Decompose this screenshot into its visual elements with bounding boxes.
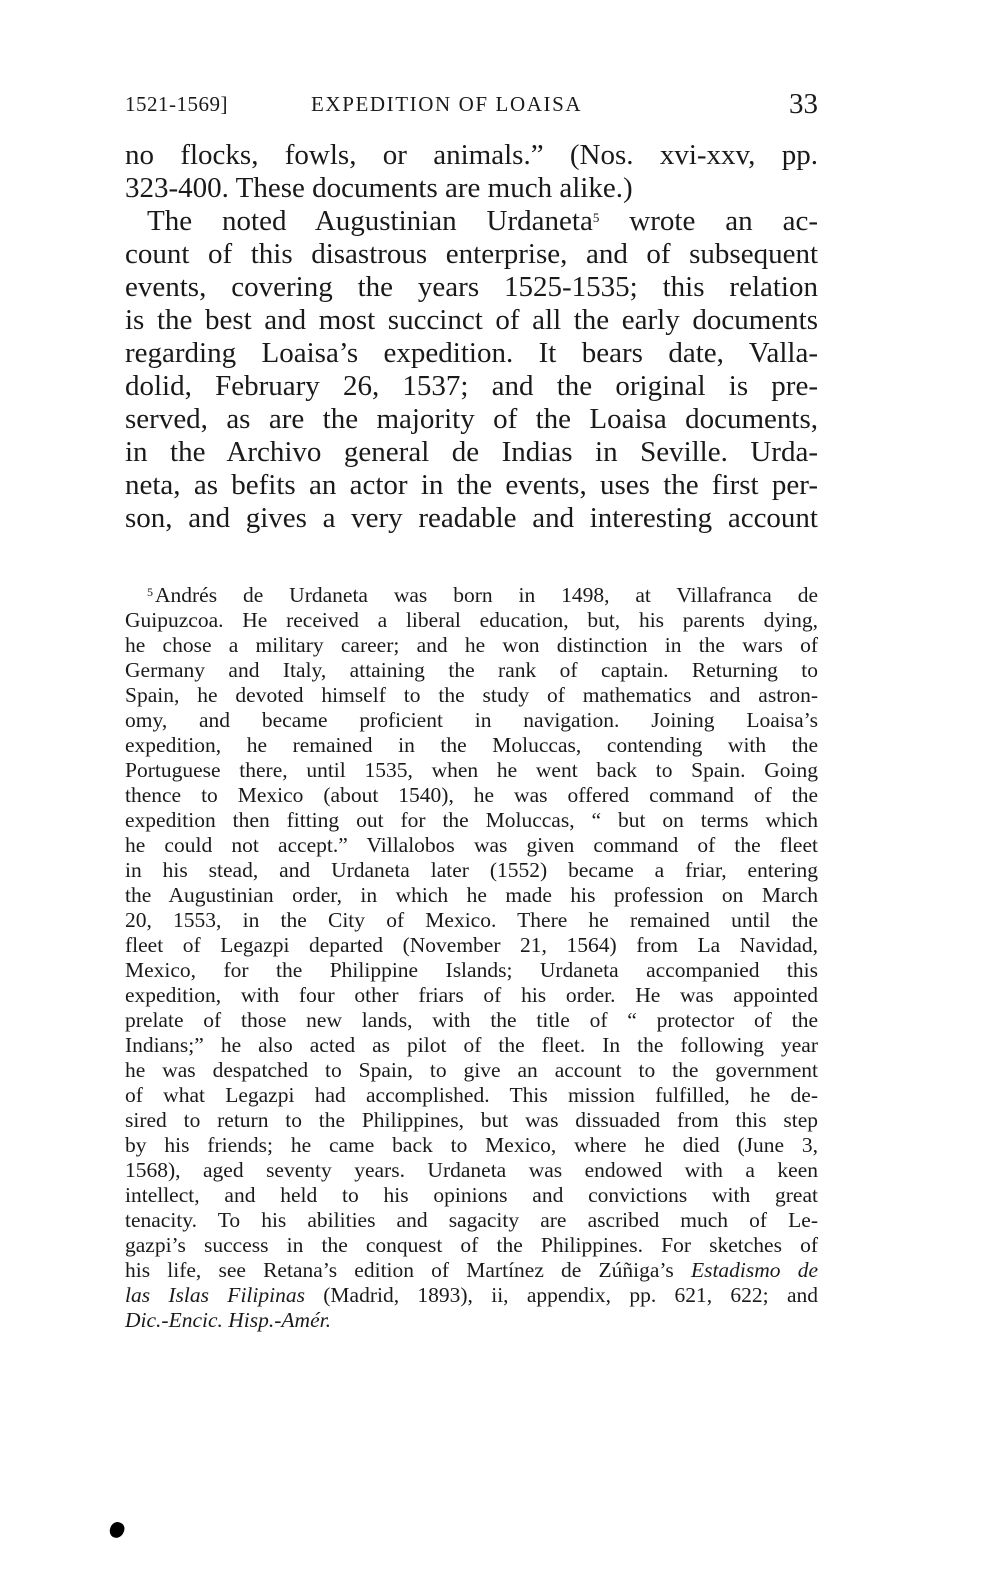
footnote-line: in his stead, and Urdaneta later (1552) … — [125, 858, 818, 883]
book-title-italic: Estadismo de — [691, 1258, 818, 1282]
footnote-reference[interactable]: 5 — [593, 210, 600, 225]
footnote-line: expedition then fitting out for the Molu… — [125, 808, 818, 833]
text-line: is the best and most succinct of all the… — [125, 304, 818, 337]
footnote-line: Dic.-Encic. Hisp.-Amér. — [125, 1308, 818, 1333]
footnote-line: by his friends; he came back to Mexico, … — [125, 1133, 818, 1158]
text-line: count of this disastrous enterprise, and… — [125, 238, 818, 271]
footnote-line: Indians;” he also acted as pilot of the … — [125, 1033, 818, 1058]
footnote-line: thence to Mexico (about 1540), he was of… — [125, 783, 818, 808]
footnote-line: gazpi’s success in the conquest of the P… — [125, 1233, 818, 1258]
running-header: 1521-1569] EXPEDITION OF LOAISA 33 — [125, 88, 818, 120]
footnote-block: 5Andrés de Urdaneta was born in 1498, at… — [125, 583, 818, 1333]
header-date-range: 1521-1569] — [125, 92, 228, 117]
footnote-line: expedition, with four other friars of hi… — [125, 983, 818, 1008]
text-fragment: wrote an ac- — [599, 205, 818, 237]
footnote-line: Guipuzcoa. He received a liberal educati… — [125, 608, 818, 633]
footnote-line: tenacity. To his abilities and sagacity … — [125, 1208, 818, 1233]
footnote-line: Germany and Italy, attaining the rank of… — [125, 658, 818, 683]
footnote-line: expedition, he remained in the Moluccas,… — [125, 733, 818, 758]
footnote-line: Mexico, for the Philippine Islands; Urda… — [125, 958, 818, 983]
footnote-line: 5Andrés de Urdaneta was born in 1498, at… — [125, 583, 818, 608]
footnote-line: 20, 1553, in the City of Mexico. There h… — [125, 908, 818, 933]
text-line: neta, as befits an actor in the events, … — [125, 469, 818, 502]
text-line: 323-400. These documents are much alike.… — [125, 172, 818, 205]
text-line: son, and gives a very readable and inter… — [125, 502, 818, 535]
text-line: The noted Augustinian Urdaneta5 wrote an… — [125, 205, 818, 238]
footnote-line: fleet of Legazpi departed (November 21, … — [125, 933, 818, 958]
text-fragment: (Madrid, 1893), ii, appendix, pp. 621, 6… — [305, 1283, 818, 1307]
footnote-line: he chose a military career; and he won d… — [125, 633, 818, 658]
text-fragment: his life, see Retana’s edition of Martín… — [125, 1258, 691, 1282]
text-line: dolid, February 26, 1537; and the origin… — [125, 370, 818, 403]
footnote-line: sired to return to the Philippines, but … — [125, 1108, 818, 1133]
footnote-marker: 5 — [147, 585, 153, 599]
footnote-line: las Islas Filipinas (Madrid, 1893), ii, … — [125, 1283, 818, 1308]
footnote-line: prelate of those new lands, with the tit… — [125, 1008, 818, 1033]
footnote-line: Portuguese there, until 1535, when he we… — [125, 758, 818, 783]
footnote-line: he could not accept.” Villalobos was giv… — [125, 833, 818, 858]
ink-blot-mark — [108, 1520, 127, 1540]
page-number: 33 — [789, 88, 818, 121]
footnote-line: omy, and became proficient in navigation… — [125, 708, 818, 733]
text-fragment: The noted Augustinian Urdaneta — [147, 205, 593, 237]
footnote-line: 1568), aged seventy years. Urdaneta was … — [125, 1158, 818, 1183]
main-text: no flocks, fowls, or animals.” (Nos. xvi… — [125, 139, 818, 535]
text-line: in the Archivo general de Indias in Sevi… — [125, 436, 818, 469]
text-fragment: Andrés de Urdaneta was born in 1498, at … — [155, 583, 818, 607]
text-line: no flocks, fowls, or animals.” (Nos. xvi… — [125, 139, 818, 172]
text-line: served, as are the majority of the Loais… — [125, 403, 818, 436]
header-running-title: EXPEDITION OF LOAISA — [311, 92, 582, 117]
footnote-line: he was despatched to Spain, to give an a… — [125, 1058, 818, 1083]
footnote-line: of what Legazpi had accomplished. This m… — [125, 1083, 818, 1108]
text-line: events, covering the years 1525-1535; th… — [125, 271, 818, 304]
book-title-italic: las Islas Filipinas — [125, 1283, 305, 1307]
footnote-line: his life, see Retana’s edition of Martín… — [125, 1258, 818, 1283]
text-line: regarding Loaisa’s expedition. It bears … — [125, 337, 818, 370]
footnote-line: intellect, and held to his opinions and … — [125, 1183, 818, 1208]
footnote-line: the Augustinian order, in which he made … — [125, 883, 818, 908]
reference-title-italic: Dic.-Encic. Hisp.-Amér. — [125, 1308, 331, 1332]
footnote-line: Spain, he devoted himself to the study o… — [125, 683, 818, 708]
book-page: 1521-1569] EXPEDITION OF LOAISA 33 no fl… — [0, 0, 990, 1582]
